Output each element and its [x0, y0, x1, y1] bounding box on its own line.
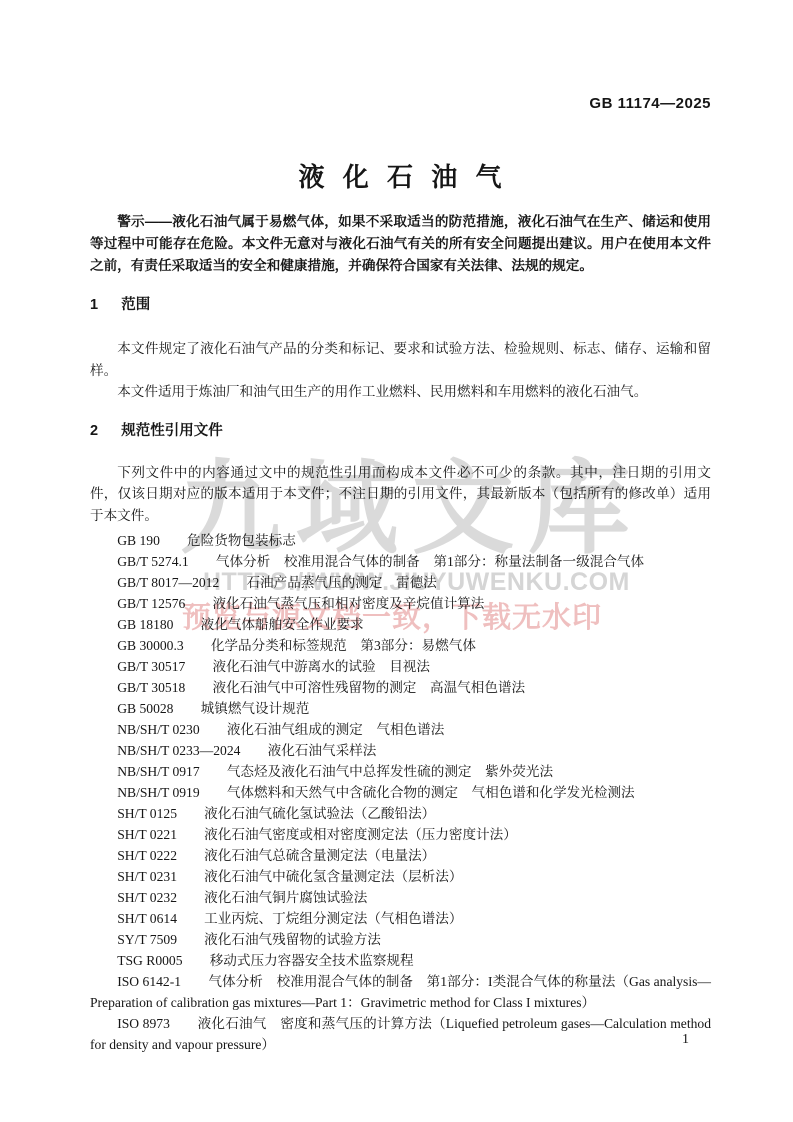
reference-item: GB/T 5274.1 气体分析 校准用混合气体的制备 第1部分：称量法制备一级… — [90, 551, 711, 572]
reference-item: SH/T 0231 液化石油气中硫化氢含量测定法（层析法） — [90, 866, 711, 887]
reference-item: ISO 6142-1 气体分析 校准用混合气体的制备 第1部分：I类混合气体的称… — [90, 971, 711, 1013]
page-number: 1 — [682, 1031, 689, 1048]
reference-item: GB 30000.3 化学品分类和标签规范 第3部分：易燃气体 — [90, 635, 711, 656]
section-heading-normative-references: 2规范性引用文件 — [90, 422, 711, 440]
scope-paragraph-2: 本文件适用于炼油厂和油气田生产的用作工业燃料、民用燃料和车用燃料的液化石油气。 — [90, 381, 711, 403]
reference-item: NB/SH/T 0919 气体燃料和天然气中含硫化合物的测定 气相色谱和化学发光… — [90, 782, 711, 803]
reference-item: SH/T 0614 工业丙烷、丁烷组分测定法（气相色谱法） — [90, 908, 711, 929]
reference-item: SH/T 0125 液化石油气硫化氢试验法（乙酸铅法） — [90, 803, 711, 824]
reference-item: TSG R0005 移动式压力容器安全技术监察规程 — [90, 950, 711, 971]
section-title: 范围 — [121, 297, 150, 313]
reference-item: SH/T 0232 液化石油气铜片腐蚀试验法 — [90, 887, 711, 908]
references-intro-paragraph: 下列文件中的内容通过文中的规范性引用而构成本文件必不可少的条款。其中，注日期的引… — [90, 462, 711, 527]
reference-list: GB 190 危险货物包装标志GB/T 5274.1 气体分析 校准用混合气体的… — [90, 530, 711, 1055]
reference-item: GB/T 8017—2012 石油产品蒸气压的测定 雷德法 — [90, 572, 711, 593]
reference-item: GB 190 危险货物包装标志 — [90, 530, 711, 551]
reference-item: SH/T 0222 液化石油气总硫含量测定法（电量法） — [90, 845, 711, 866]
section-number: 1 — [90, 297, 98, 313]
document-page: 九域文库 HTTPS://WWW.JIUYUWENKU.COM 预览与源文档一致… — [0, 0, 793, 1122]
reference-item: GB/T 30518 液化石油气中可溶性残留物的测定 高温气相色谱法 — [90, 677, 711, 698]
reference-item: GB/T 30517 液化石油气中游离水的试验 目视法 — [90, 656, 711, 677]
reference-item: SH/T 0221 液化石油气密度或相对密度测定法（压力密度计法） — [90, 824, 711, 845]
reference-item: ISO 8973 液化石油气 密度和蒸气压的计算方法（Liquefied pet… — [90, 1013, 711, 1055]
warning-paragraph: 警示——液化石油气属于易燃气体，如果不采取适当的防范措施，液化石油气在生产、储运… — [90, 211, 711, 277]
reference-item: GB 50028 城镇燃气设计规范 — [90, 698, 711, 719]
standard-number: GB 11174—2025 — [90, 95, 711, 113]
document-title: 液 化 石 油 气 — [90, 162, 711, 192]
reference-item: GB/T 12576 液化石油气蒸气压和相对密度及辛烷值计算法 — [90, 593, 711, 614]
scope-paragraph-1: 本文件规定了液化石油气产品的分类和标记、要求和试验方法、检验规则、标志、储存、运… — [90, 338, 711, 381]
document-content: GB 11174—2025 液 化 石 油 气 警示——液化石油气属于易燃气体，… — [90, 0, 711, 1055]
section-heading-scope: 1范围 — [90, 296, 711, 314]
reference-item: NB/SH/T 0917 气态烃及液化石油气中总挥发性硫的测定 紫外荧光法 — [90, 761, 711, 782]
reference-item: NB/SH/T 0233—2024 液化石油气采样法 — [90, 740, 711, 761]
section-number: 2 — [90, 423, 98, 439]
section-title: 规范性引用文件 — [121, 423, 223, 439]
reference-item: SY/T 7509 液化石油气残留物的试验方法 — [90, 929, 711, 950]
reference-item: NB/SH/T 0230 液化石油气组成的测定 气相色谱法 — [90, 719, 711, 740]
reference-item: GB 18180 液化气体船舶安全作业要求 — [90, 614, 711, 635]
